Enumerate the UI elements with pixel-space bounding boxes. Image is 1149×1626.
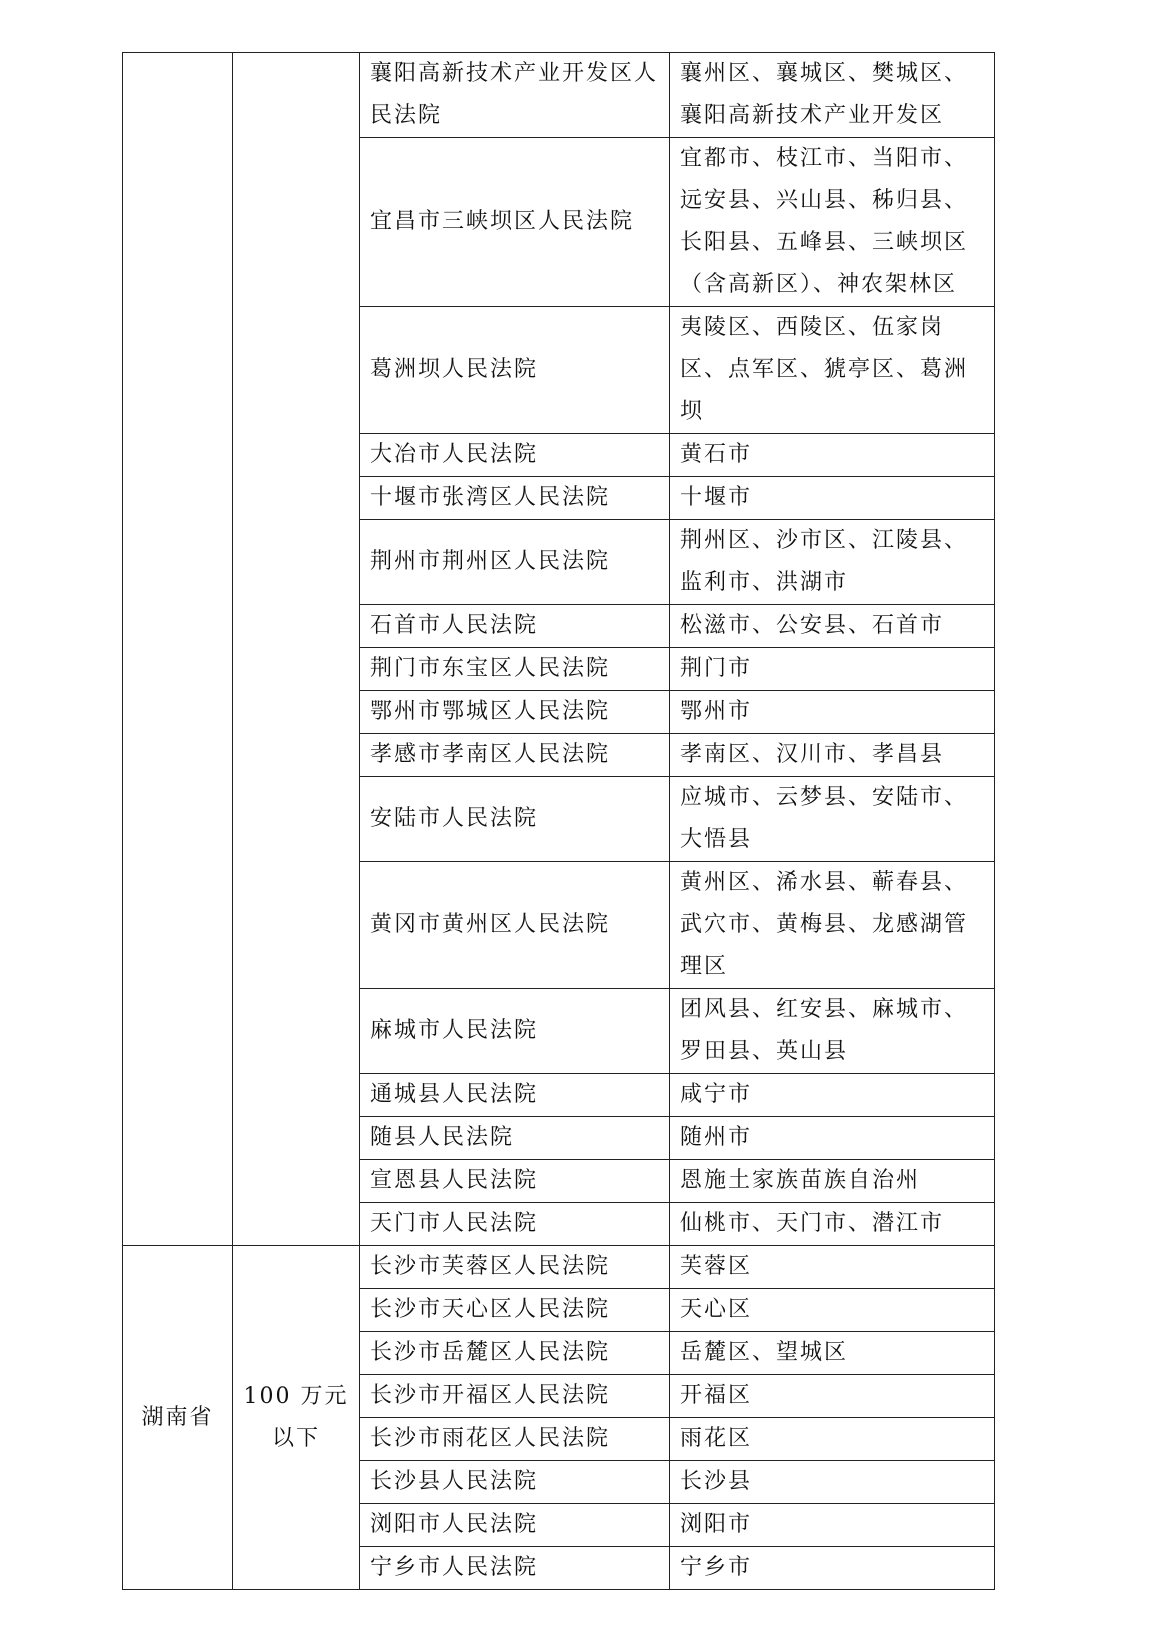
jurisdiction-cell: 团风县、红安县、麻城市、罗田县、英山县 bbox=[670, 989, 995, 1074]
jurisdiction-cell: 恩施土家族苗族自治州 bbox=[670, 1160, 995, 1203]
court-name-cell: 襄阳高新技术产业开发区人民法院 bbox=[360, 53, 670, 138]
jurisdiction-cell: 雨花区 bbox=[670, 1418, 995, 1461]
court-name-cell: 葛洲坝人民法院 bbox=[360, 307, 670, 434]
court-name-cell: 随县人民法院 bbox=[360, 1117, 670, 1160]
court-name-cell: 孝感市孝南区人民法院 bbox=[360, 734, 670, 777]
jurisdiction-cell: 黄石市 bbox=[670, 434, 995, 477]
court-name-cell: 通城县人民法院 bbox=[360, 1074, 670, 1117]
court-name-cell: 鄂州市鄂城区人民法院 bbox=[360, 691, 670, 734]
court-name-cell: 荆州市荆州区人民法院 bbox=[360, 520, 670, 605]
jurisdiction-cell: 随州市 bbox=[670, 1117, 995, 1160]
court-name-cell: 长沙市雨花区人民法院 bbox=[360, 1418, 670, 1461]
court-name-cell: 长沙市开福区人民法院 bbox=[360, 1375, 670, 1418]
jurisdiction-cell: 岳麓区、望城区 bbox=[670, 1332, 995, 1375]
court-name-cell: 天门市人民法院 bbox=[360, 1203, 670, 1246]
jurisdiction-cell: 咸宁市 bbox=[670, 1074, 995, 1117]
court-name-cell: 十堰市张湾区人民法院 bbox=[360, 477, 670, 520]
jurisdiction-cell: 荆州区、沙市区、江陵县、监利市、洪湖市 bbox=[670, 520, 995, 605]
jurisdiction-cell: 荆门市 bbox=[670, 648, 995, 691]
table-body: 襄阳高新技术产业开发区人民法院襄州区、襄城区、樊城区、襄阳高新技术产业开发区宜昌… bbox=[123, 53, 995, 1590]
jurisdiction-cell: 天心区 bbox=[670, 1289, 995, 1332]
jurisdiction-cell: 襄州区、襄城区、樊城区、襄阳高新技术产业开发区 bbox=[670, 53, 995, 138]
jurisdiction-cell: 应城市、云梦县、安陆市、大悟县 bbox=[670, 777, 995, 862]
amount-threshold-cell: 100 万元以下 bbox=[233, 1246, 360, 1590]
court-name-cell: 大冶市人民法院 bbox=[360, 434, 670, 477]
court-name-cell: 浏阳市人民法院 bbox=[360, 1504, 670, 1547]
jurisdiction-cell: 宁乡市 bbox=[670, 1547, 995, 1590]
court-name-cell: 长沙市天心区人民法院 bbox=[360, 1289, 670, 1332]
province-cell: 湖南省 bbox=[123, 1246, 233, 1590]
jurisdiction-cell: 孝南区、汉川市、孝昌县 bbox=[670, 734, 995, 777]
court-name-cell: 石首市人民法院 bbox=[360, 605, 670, 648]
jurisdiction-cell: 开福区 bbox=[670, 1375, 995, 1418]
court-name-cell: 安陆市人民法院 bbox=[360, 777, 670, 862]
court-name-cell: 宜昌市三峡坝区人民法院 bbox=[360, 138, 670, 307]
amount-threshold-line: 100 万元 bbox=[243, 1376, 349, 1418]
court-name-cell: 黄冈市黄州区人民法院 bbox=[360, 862, 670, 989]
amount-threshold-cell bbox=[233, 53, 360, 1246]
table-row: 湖南省100 万元以下长沙市芙蓉区人民法院芙蓉区 bbox=[123, 1246, 995, 1289]
table-row: 襄阳高新技术产业开发区人民法院襄州区、襄城区、樊城区、襄阳高新技术产业开发区 bbox=[123, 53, 995, 138]
court-name-cell: 荆门市东宝区人民法院 bbox=[360, 648, 670, 691]
jurisdiction-cell: 黄州区、浠水县、蕲春县、武穴市、黄梅县、龙感湖管理区 bbox=[670, 862, 995, 989]
court-name-cell: 长沙县人民法院 bbox=[360, 1461, 670, 1504]
jurisdiction-cell: 仙桃市、天门市、潜江市 bbox=[670, 1203, 995, 1246]
jurisdiction-cell: 长沙县 bbox=[670, 1461, 995, 1504]
court-name-cell: 麻城市人民法院 bbox=[360, 989, 670, 1074]
jurisdiction-cell: 十堰市 bbox=[670, 477, 995, 520]
jurisdiction-cell: 芙蓉区 bbox=[670, 1246, 995, 1289]
jurisdiction-cell: 夷陵区、西陵区、伍家岗区、点军区、猇亭区、葛洲坝 bbox=[670, 307, 995, 434]
jurisdiction-cell: 鄂州市 bbox=[670, 691, 995, 734]
court-jurisdiction-table: 襄阳高新技术产业开发区人民法院襄州区、襄城区、樊城区、襄阳高新技术产业开发区宜昌… bbox=[122, 52, 995, 1590]
amount-threshold-line: 以下 bbox=[243, 1418, 349, 1460]
jurisdiction-cell: 宜都市、枝江市、当阳市、远安县、兴山县、秭归县、长阳县、五峰县、三峡坝区（含高新… bbox=[670, 138, 995, 307]
court-name-cell: 长沙市芙蓉区人民法院 bbox=[360, 1246, 670, 1289]
court-name-cell: 长沙市岳麓区人民法院 bbox=[360, 1332, 670, 1375]
court-name-cell: 宁乡市人民法院 bbox=[360, 1547, 670, 1590]
court-name-cell: 宣恩县人民法院 bbox=[360, 1160, 670, 1203]
jurisdiction-cell: 松滋市、公安县、石首市 bbox=[670, 605, 995, 648]
jurisdiction-cell: 浏阳市 bbox=[670, 1504, 995, 1547]
province-cell bbox=[123, 53, 233, 1246]
